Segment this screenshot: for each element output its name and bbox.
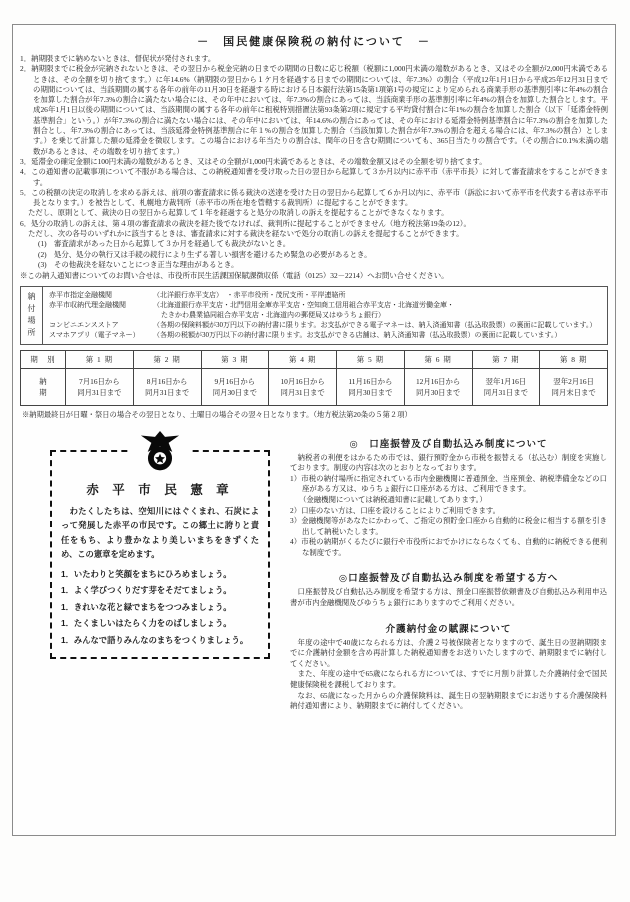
schedule-header-row: 期 別 第 1 期 第 2 期 第 3 期 第 4 期 第 5 期 第 6 期 … [21, 350, 608, 368]
section-title-kaigo: 介護納付金の賦課について [290, 621, 607, 635]
legal-item-5-proviso: ただし、原則として、裁決の日の翌日から起算して１年を経過すると処分の取消しの訴え… [20, 208, 608, 218]
inquiry-note: ※この納入通知書についてのお問い合せは、市役所市民生活課国保賦課徴収係（電話（0… [20, 271, 608, 281]
schedule-period-cell: 12月16日から同月30日まで [404, 368, 472, 405]
payment-places-label: 納 付 場 所 [21, 287, 43, 344]
koza-item-1: 1）市税の納付場所に指定されている市内金融機関に普通預金、当座預金、納税準備金な… [290, 474, 607, 495]
schedule-header-cell: 第 6 期 [404, 350, 472, 368]
legal-item-5: 5．この税額の決定の取消しを求める訴えは、前項の審査請求に係る裁決の送達を受けた… [20, 188, 608, 209]
schedule-header-cell: 第 8 期 [540, 350, 608, 368]
koza-item-4: 4）市税の納期がくるたびに銀行や市役所におでかけにならなくても、自動的に納税でき… [290, 537, 607, 558]
kaigo-paragraph-2: また、年度の途中で65歳になられる方については、すでに月割り計算した介護納付金で… [290, 669, 607, 690]
koza-item-1-note: （金融機関については納税通知書に記載してあります。） [290, 495, 607, 506]
schedule-row-label: 納期 [21, 368, 66, 405]
schedule-header-cell: 第 3 期 [201, 350, 269, 368]
legal-item-6-proviso: ただし、次の各号のいずれかに該当するときは、審査請求に対する裁決を経ないで処分の… [20, 229, 608, 239]
kaigo-paragraph-1: 年度の途中で40歳になられる方は、介護２号被保険者となりますので、誕生日の翌納期… [290, 638, 607, 670]
payment-place-row: 赤平市指定金融機関 （北洋銀行赤平支店） ・赤平市役所・茂尻支所・平岸連絡所 [49, 290, 603, 300]
payment-place-row: スマホアプリ（電子マネー） （各期の税額が30万円以下の納付書に限ります。お支払… [49, 330, 603, 340]
charter-intro: わたくしたちは、空知川にはぐくまれ、石炭によって発展した赤平の市民です。この郷土… [61, 504, 259, 562]
koza-intro: 納税者の利便をはかるため市では、銀行預貯金から市税を振替える（払込む）制度を実施… [290, 453, 607, 474]
schedule-header-cell: 第 4 期 [269, 350, 337, 368]
schedule-period-cell: 7月16日から同月31日まで [66, 368, 134, 405]
legal-item-4: 4．この通知書の記載事項について不服がある場合は、この納税通知書を受け取った日の… [20, 167, 608, 188]
charter-item: 1．いたわりと笑顔をまちにひろめましょう。 [61, 566, 259, 583]
legal-item-6: 6．処分の取消しの訴えは、第４項の審査請求の裁決を経た後でなければ、裁判所に提起… [20, 219, 608, 229]
schedule-period-cell: 翌年2月16日同月末日まで [540, 368, 608, 405]
schedule-header-cell: 第 1 期 [66, 350, 134, 368]
schedule-header-cell: 第 2 期 [133, 350, 201, 368]
schedule-period-cell: 翌年1月16日同月31日まで [472, 368, 540, 405]
section-title-kibo: ◎口座振替及び自動払込み制度を希望する方へ [290, 570, 607, 584]
charter-item: 1．みんなで語りみんなのまちをつくりましょう。 [61, 632, 259, 649]
koza-item-2: 2）口座のない方は、口座を設けることによりご利用できます。 [290, 506, 607, 517]
page-title: － 国民健康保険税の納付について － [20, 33, 608, 49]
legal-item-6-point-3: (3) その他裁決を経ないことにつき正当な理由があるとき。 [20, 260, 608, 270]
info-column: ◎ 口座振替及び自動払込み制度について 納税者の利便をはかるため市では、銀行預貯… [276, 436, 608, 712]
koza-item-3: 3）金融機関等があなたにかわって、ご指定の預貯金口座から自動的に税金に相当する額… [290, 516, 607, 537]
schedule-period-cell: 11月16日から同月30日まで [337, 368, 405, 405]
schedule-header-cell: 第 5 期 [337, 350, 405, 368]
payment-places-box: 納 付 場 所 赤平市指定金融機関 （北洋銀行赤平支店） ・赤平市役所・茂尻支所… [20, 286, 608, 345]
legal-item-1: 1．納期限までに納めないときは、督促状が発付されます。 [20, 54, 608, 64]
legal-item-3: 3．延滞金の確定金額に100円未満の端数があるとき、又はその全額が1,000円未… [20, 157, 608, 167]
kibo-body: 口座振替及び自動払込み制度を希望する方は、預金口座振替依頼書及び自動払込み利用申… [290, 587, 607, 608]
document-frame: － 国民健康保険税の納付について － 1．納期限までに納めないときは、督促状が発… [12, 24, 616, 836]
section-title-koza: ◎ 口座振替及び自動払込み制度について [290, 436, 607, 450]
charter-item: 1．きれいな花と緑でまちをつつみましょう。 [61, 599, 259, 616]
akabira-city-emblem-icon [131, 431, 189, 471]
schedule-period-cell: 10月16日から同月31日まで [269, 368, 337, 405]
payment-place-row: コンビニエンスストア （各期の保険料額が30万円以下の納付書に限ります。お支払が… [49, 320, 603, 330]
payment-places-body: 赤平市指定金融機関 （北洋銀行赤平支店） ・赤平市役所・茂尻支所・平岸連絡所 赤… [43, 287, 607, 344]
payment-place-row: 赤平市収納代理金融機関 （北海道銀行赤平支店・北門信用金庫赤平支店・空知商工信用… [49, 300, 603, 310]
schedule-period-cell: 8月16日から同月31日まで [133, 368, 201, 405]
schedule-data-row: 納期 7月16日から同月31日まで 8月16日から同月31日まで 9月16日から… [21, 368, 608, 405]
koza-list: 1）市税の納付場所に指定されている市内金融機関に普通預金、当座預金、納税準備金な… [290, 474, 607, 559]
legal-item-6-point-1: (1) 審査請求があった日から起算して３か月を経過しても裁決がないとき。 [20, 239, 608, 249]
payment-place-row-continuation: たきかわ農業協同組合赤平支店・北海道内の郵便局又はゆうちょ銀行） [49, 310, 603, 320]
legal-item-6-point-2: (2) 処分、処分の執行又は手続の続行により生ずる著しい損害を避けるため緊急の必… [20, 250, 608, 260]
citizen-charter-box: 赤 平 市 民 憲 章 わたくしたちは、空知川にはぐくまれ、石炭によって発展した… [50, 450, 270, 660]
charter-item: 1．よく学びつくりだす芽をそだてましょう。 [61, 582, 259, 599]
payment-schedule-table: 期 別 第 1 期 第 2 期 第 3 期 第 4 期 第 5 期 第 6 期 … [20, 350, 608, 406]
legal-item-2: 2．納期限までに税金が完納されないときは、その翌日から税金完納の日までの期間の日… [20, 64, 608, 157]
bottom-columns: 赤 平 市 民 憲 章 わたくしたちは、空知川にはぐくまれ、石炭によって発展した… [20, 436, 608, 712]
charter-title: 赤 平 市 民 憲 章 [61, 480, 259, 498]
kaigo-paragraph-3: なお、65歳になった月からの介護保険料は、誕生日の翌納期限までにお送りする介護保… [290, 691, 607, 712]
schedule-header-cell: 第 7 期 [472, 350, 540, 368]
charter-item: 1．たくましいはたらく力をのばしましょう。 [61, 615, 259, 632]
legal-notes: 1．納期限までに納めないときは、督促状が発付されます。 2．納期限までに税金が完… [20, 54, 608, 282]
charter-column: 赤 平 市 民 憲 章 わたくしたちは、空知川にはぐくまれ、石炭によって発展した… [20, 436, 276, 712]
schedule-note: ※納期最終日が日曜・祭日の場合その翌日となり、土曜日の場合その翌々日となります。… [22, 410, 608, 420]
schedule-period-cell: 9月16日から同月30日まで [201, 368, 269, 405]
schedule-header-cell: 期 別 [21, 350, 66, 368]
